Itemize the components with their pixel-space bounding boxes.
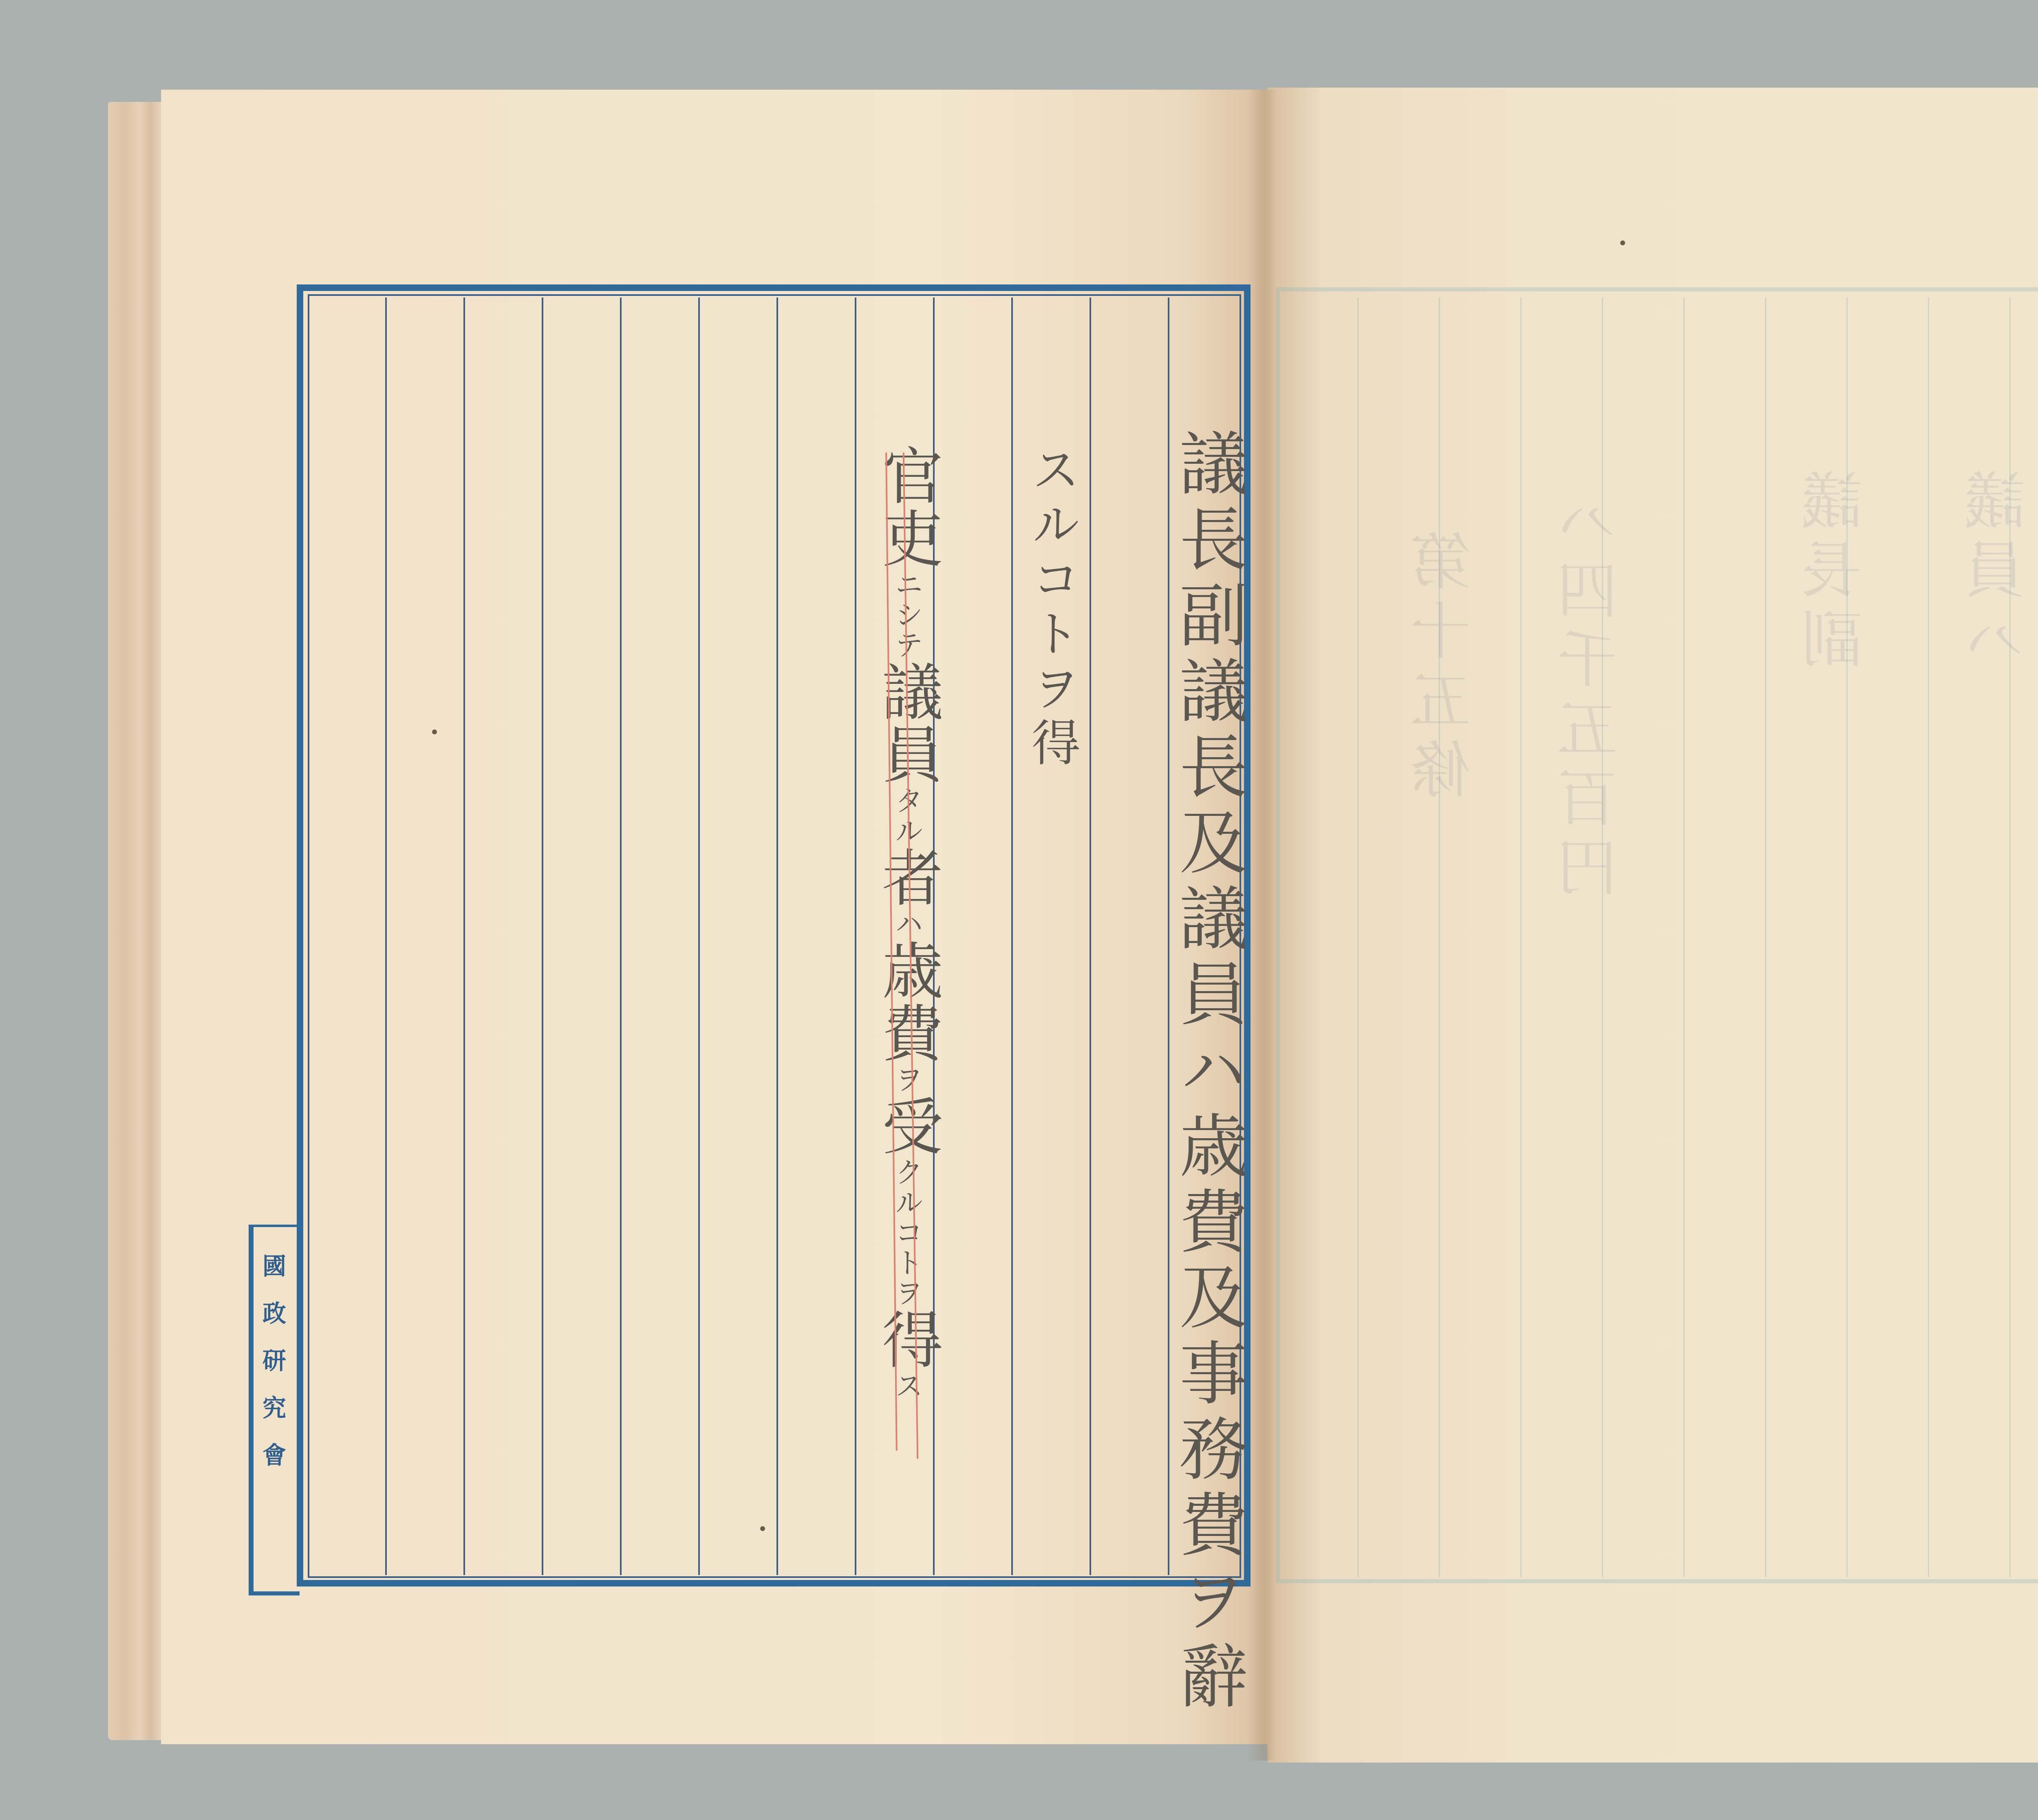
column-rule bbox=[385, 297, 387, 1575]
column-rule bbox=[542, 297, 543, 1575]
column-rule bbox=[698, 297, 700, 1575]
column-rule bbox=[620, 297, 622, 1575]
text-column-3: 官吏ニシテ議員タル者ハ歳費ヲ受クルコトヲ得ス bbox=[876, 444, 937, 1401]
text-segment: 受 bbox=[871, 1095, 942, 1157]
column-rule bbox=[1011, 297, 1013, 1575]
text-segment: タル bbox=[890, 786, 924, 846]
text-segment: ハ bbox=[890, 909, 924, 939]
text-segment: 官吏 bbox=[871, 444, 942, 570]
faint-column-rule bbox=[1520, 297, 1522, 1577]
left-page-edge-stack bbox=[108, 102, 165, 1740]
column-rule bbox=[463, 297, 465, 1575]
text-column-1: 議長副議長及議員ハ歳費及事務費ヲ辭 bbox=[1174, 428, 1242, 1716]
text-segment: ヲ bbox=[890, 1064, 924, 1095]
paper-speck bbox=[760, 1526, 765, 1531]
bleed-through-text: 議員ハ bbox=[1956, 469, 2038, 676]
right-page-faint-frame bbox=[1276, 287, 2038, 1583]
left-page-inner-frame bbox=[308, 294, 1241, 1578]
faint-column-rule bbox=[1683, 297, 1685, 1577]
book-gutter bbox=[1247, 90, 1276, 1761]
bleed-through-text: 議長副 bbox=[1793, 469, 1881, 676]
text-column-2: スルコトヲ得 bbox=[1027, 444, 1076, 772]
faint-column-rule bbox=[1765, 297, 1766, 1577]
stamp-char: 會 bbox=[262, 1436, 286, 1470]
text-segment: 得 bbox=[871, 1308, 942, 1371]
faint-column-rule bbox=[1439, 297, 1440, 1577]
paper-speck bbox=[1620, 240, 1625, 245]
paper-speck bbox=[432, 729, 437, 734]
column-rule bbox=[1090, 297, 1091, 1575]
bleed-through-text: 第十五條 bbox=[1402, 530, 1490, 807]
column-rule bbox=[776, 297, 778, 1575]
bleed-through-text: ハ四千五百円 bbox=[1549, 489, 1637, 905]
stamp-char: 政 bbox=[262, 1294, 286, 1329]
text-segment: 歳費 bbox=[871, 939, 942, 1064]
stamp-char: 研 bbox=[262, 1342, 286, 1376]
faint-column-rule bbox=[1928, 297, 1929, 1577]
stamp-char: 究 bbox=[262, 1389, 286, 1423]
faint-column-rule bbox=[1357, 297, 1359, 1577]
text-segment: 者 bbox=[871, 846, 942, 909]
stamp-char: 國 bbox=[262, 1247, 286, 1281]
column-rule bbox=[855, 297, 856, 1575]
publisher-stamp: 國 政 研 究 會 bbox=[252, 1247, 297, 1470]
